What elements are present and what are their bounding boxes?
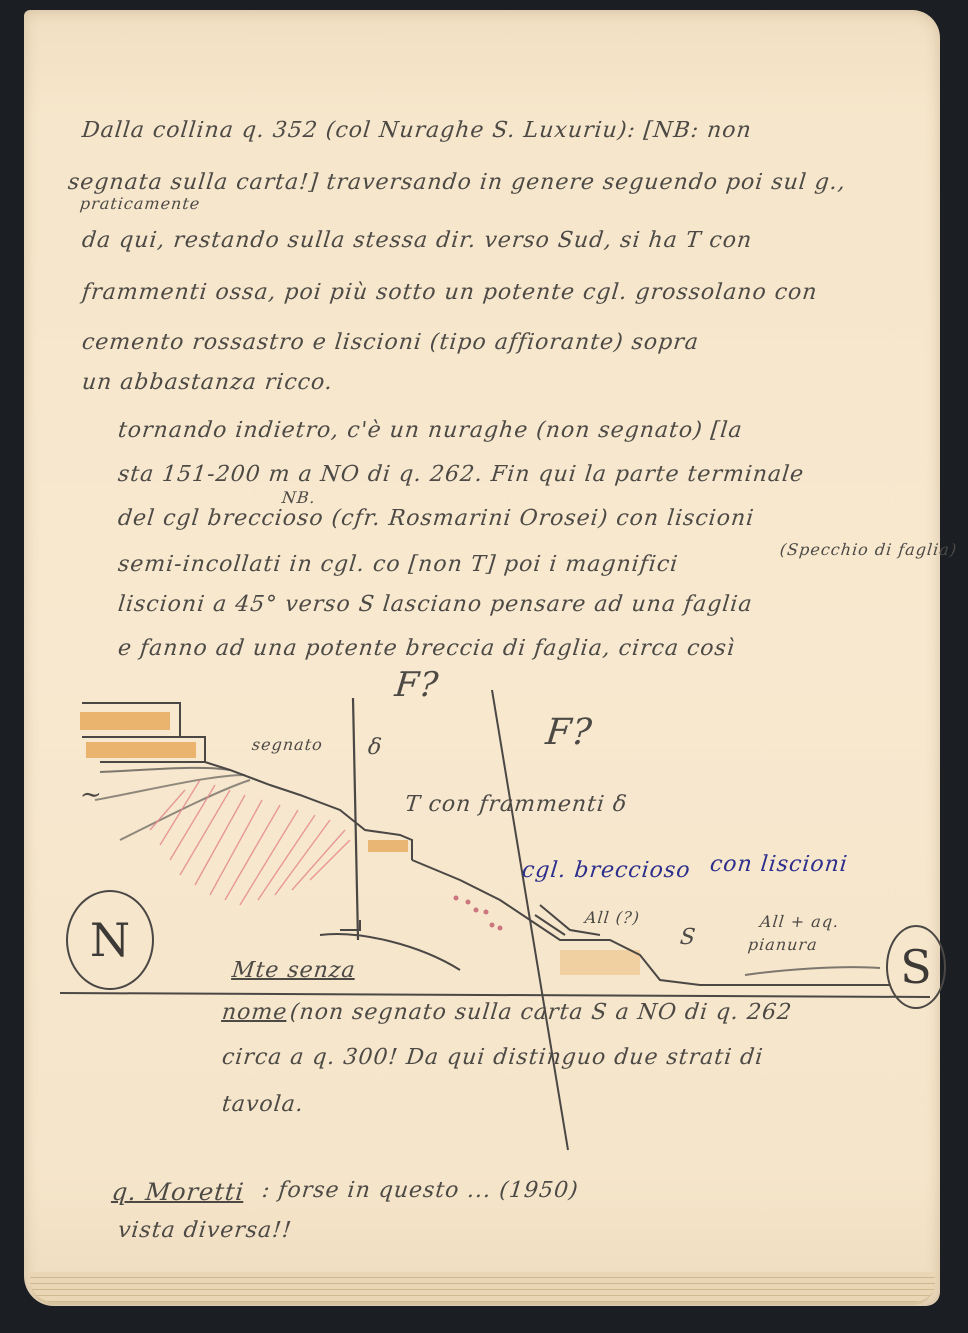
red-hatching [150,780,350,905]
mt-label-2: nome [221,1000,289,1025]
compass-north-letter: N [90,913,130,967]
footer-moretti: q. Moretti [111,1178,246,1206]
label-s-small: S [679,925,698,950]
label-pianura: pianura [747,935,819,954]
after-line-3: tavola. [221,1092,305,1117]
mt-label-1: Mte senza [231,958,357,983]
label-con-liscioni: con liscioni [709,852,850,877]
compass-south-letter: S [900,940,932,994]
after-line-1: (non segnato sulla carta S a NO di q. 26… [289,1000,794,1025]
label-segnato: segnato [251,735,324,754]
cross-section-sketch [0,0,968,1333]
label-cgl-breccioso: cgl. breccioso [521,858,692,883]
footer-line-1: : forse in questo ... (1950) [261,1178,580,1203]
label-t-frammenti: T con frammenti δ [404,792,629,817]
label-delta: δ [367,735,384,760]
label-all: All (?) [584,908,641,927]
footer-line-2: vista diversa!! [117,1218,294,1243]
compass-south: S [886,925,946,1009]
label-tilde: ~ [78,780,104,810]
label-all-aq: All + aq. [759,912,840,931]
compass-north: N [66,890,154,990]
fault-label-2: F? [544,712,595,753]
fault-label-1: F? [393,665,441,705]
after-line-2: circa a q. 300! Da qui distinguo due str… [221,1045,765,1070]
